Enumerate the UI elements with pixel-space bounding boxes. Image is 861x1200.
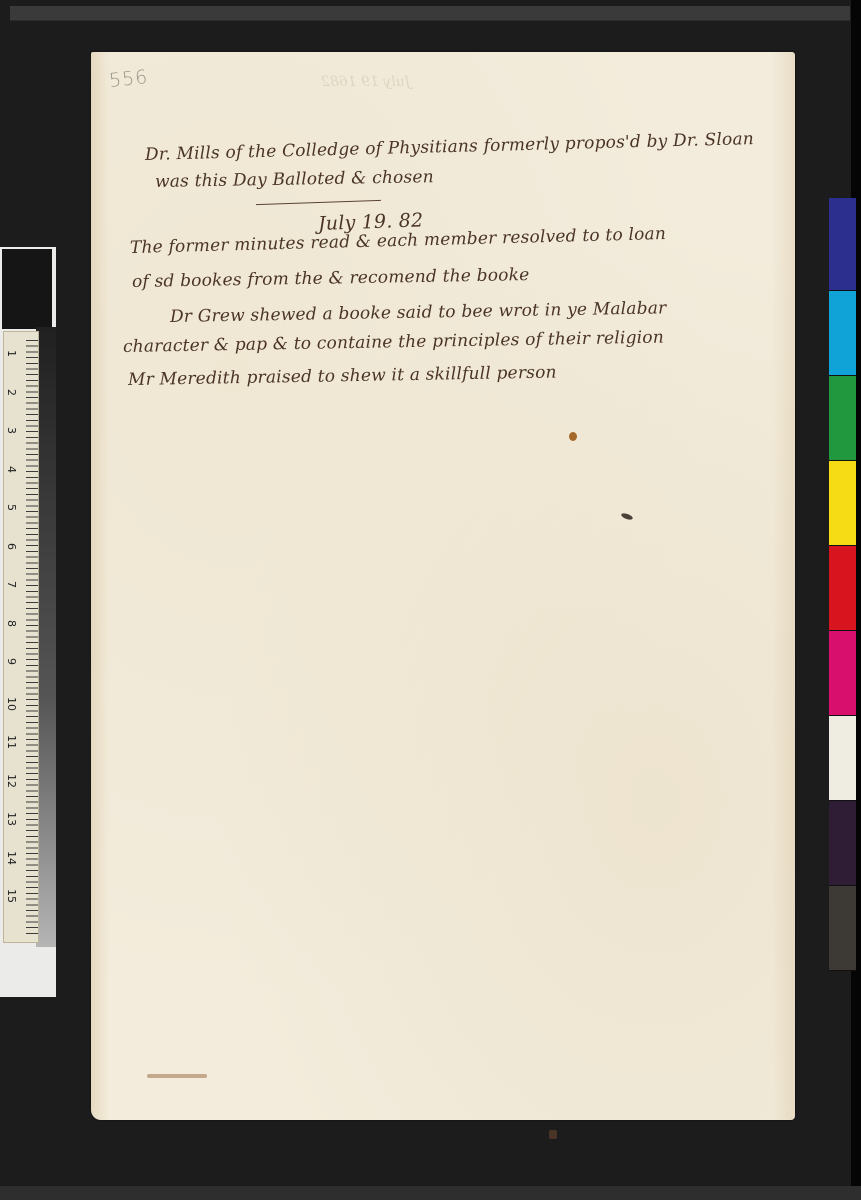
- swatch-black-pattern: [829, 886, 856, 971]
- ruler-mark: 15: [5, 889, 18, 909]
- scale-ruler: 123456789101112131415: [0, 247, 56, 997]
- ruler-mark: 14: [5, 851, 18, 871]
- swatch-yellow: [829, 461, 856, 546]
- scanner-frame-top: [10, 6, 850, 21]
- ruler-mark: 9: [5, 658, 18, 678]
- manuscript-page: 556 July 19 1682: [91, 52, 795, 1120]
- swatch-magenta: [829, 631, 856, 716]
- ruler-mark: 13: [5, 812, 18, 832]
- ruler-mark: 1: [5, 350, 18, 370]
- ink-stain: [569, 432, 577, 441]
- grey-scale-strip: [36, 327, 56, 947]
- ink-mark: [549, 1130, 557, 1139]
- swatch-red: [829, 546, 856, 631]
- ruler-mark: 10: [5, 697, 18, 717]
- folio-number: 556: [108, 66, 149, 92]
- swatch-white: [829, 716, 856, 801]
- ruler-mark: 4: [5, 466, 18, 486]
- scanner-frame-bottom: [0, 1186, 861, 1200]
- ruler-ticks: [26, 340, 38, 936]
- ruler-mark: 5: [5, 504, 18, 524]
- separator-line: [256, 200, 381, 205]
- ruler-mark: 2: [5, 389, 18, 409]
- color-calibration-chart: [829, 198, 856, 963]
- ruler-mark: 11: [5, 735, 18, 755]
- swatch-green: [829, 376, 856, 461]
- ruler-mark: 12: [5, 774, 18, 794]
- swatch-purple: [829, 801, 856, 886]
- swatch-blue: [829, 198, 856, 291]
- ruler-mark: 8: [5, 620, 18, 640]
- ink-blot: [621, 512, 634, 521]
- ruler-mark: 3: [5, 427, 18, 447]
- show-through-text: July 19 1682: [321, 74, 410, 90]
- brown-stain: [147, 1074, 207, 1078]
- ruler-body: 123456789101112131415: [3, 331, 39, 943]
- ruler-mark: 6: [5, 543, 18, 563]
- swatch-cyan: [829, 291, 856, 376]
- ruler-mark: 7: [5, 581, 18, 601]
